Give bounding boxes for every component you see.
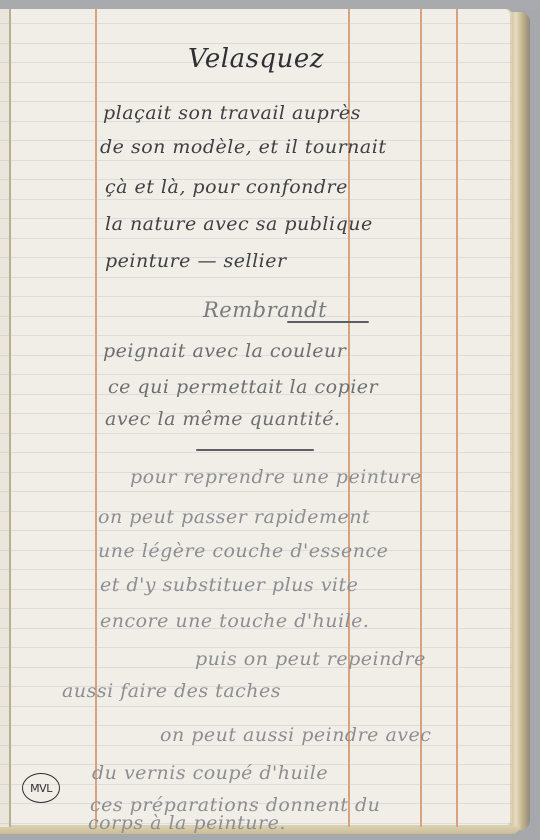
handwritten-line: peignait avec la couleur [103, 340, 346, 362]
horizontal-rule [0, 335, 512, 336]
horizontal-rule [0, 277, 512, 278]
library-stamp: MVL [22, 773, 60, 803]
horizontal-rule [0, 160, 512, 161]
handwritten-line: la nature avec sa publique [105, 213, 373, 235]
horizontal-rule [0, 82, 512, 83]
horizontal-rule [0, 433, 512, 434]
handwritten-line: une légère couche d'essence [98, 540, 388, 562]
vertical-red-rule [420, 9, 422, 827]
handwritten-line: puis on peut repeindre [195, 648, 426, 670]
handwritten-line: du vernis coupé d'huile [92, 762, 328, 784]
handwritten-line: plaçait son travail auprès [103, 102, 361, 124]
handwritten-line: on peut aussi peindre avec [160, 724, 431, 746]
horizontal-rule [0, 199, 512, 200]
handwritten-line: encore une touche d'huile. [100, 610, 369, 632]
horizontal-rule [0, 296, 512, 297]
horizontal-rule [0, 608, 512, 609]
handwritten-line: et d'y substituer plus vite [100, 574, 358, 596]
vertical-red-rule [95, 9, 97, 827]
horizontal-rule [0, 23, 512, 24]
subheading-underline [287, 321, 369, 323]
horizontal-rule [0, 238, 512, 239]
horizontal-rule [0, 784, 512, 785]
horizontal-rule [0, 491, 512, 492]
handwritten-line: de son modèle, et il tournait [100, 136, 386, 158]
subheading-rembrandt: Rembrandt [203, 298, 327, 322]
horizontal-rule [0, 374, 512, 375]
handwritten-line: on peut passer rapidement [98, 506, 370, 528]
horizontal-rule [0, 530, 512, 531]
vertical-red-rule [348, 9, 350, 827]
horizontal-rule [0, 452, 512, 453]
heading-velasquez: Velasquez [188, 44, 324, 74]
handwritten-line: peinture — sellier [105, 250, 287, 272]
stamp-text: MVL [30, 782, 52, 795]
handwritten-line: pour reprendre une peinture [130, 466, 422, 488]
page-gutter [9, 9, 11, 827]
handwritten-line: ce qui permettait la copier [108, 376, 378, 398]
horizontal-rule [0, 706, 512, 707]
previous-page-sliver [0, 9, 9, 827]
handwritten-line: aussi faire des taches [62, 680, 281, 702]
handwritten-line: çà et là, pour confondre [105, 176, 348, 198]
section-divider-underline [196, 449, 314, 451]
horizontal-rule [0, 569, 512, 570]
vertical-red-rule [456, 9, 458, 827]
handwritten-line: corps à la peinture. [88, 812, 286, 834]
handwritten-line: avec la même quantité. [105, 408, 341, 430]
